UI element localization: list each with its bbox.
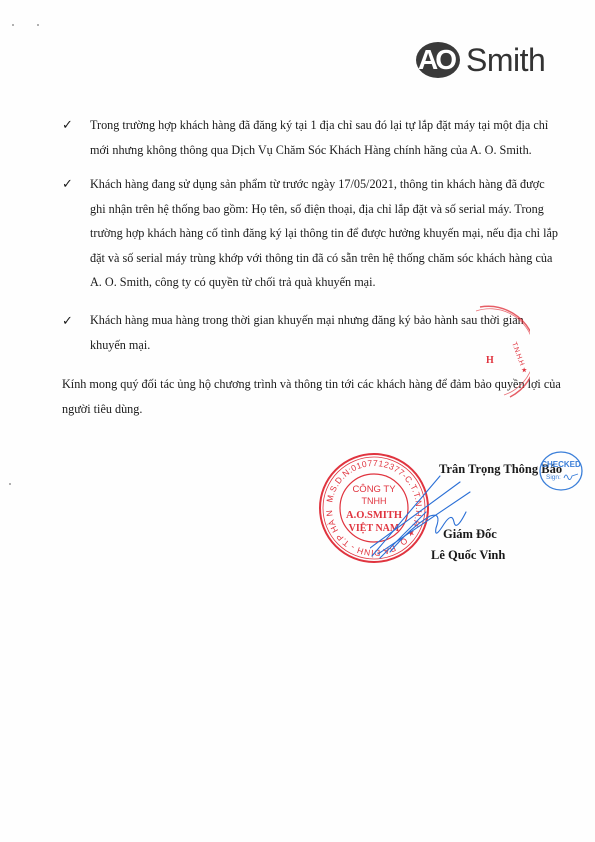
document-page: AO Smith ✓ Trong trường hợp khách hàng đ… <box>0 0 595 842</box>
bullet-paragraph: Khách hàng đang sử dụng sản phẩm từ trướ… <box>90 172 560 295</box>
bullet-paragraph: Trong trường hợp khách hàng đã đăng ký t… <box>90 113 560 162</box>
check-icon: ✓ <box>62 176 73 192</box>
svg-text:CHECKED: CHECKED <box>541 460 581 469</box>
scan-artifact <box>12 24 14 26</box>
check-icon: ✓ <box>62 313 73 329</box>
logo-text: Smith <box>466 42 545 78</box>
partial-seal-stamp: T.N.H.H ★ H <box>470 305 530 405</box>
scan-artifact <box>37 24 39 26</box>
svg-text:H: H <box>486 355 494 366</box>
checked-stamp: CHECKED Sign: <box>538 450 584 492</box>
logo-mark: AO <box>412 42 464 78</box>
svg-text:T.N.H.H ★: T.N.H.H ★ <box>510 341 529 374</box>
handwritten-signature <box>370 468 490 560</box>
check-icon: ✓ <box>62 117 73 133</box>
ao-smith-logo: AO Smith <box>412 40 545 80</box>
svg-text:Sign:: Sign: <box>546 474 561 481</box>
scan-artifact <box>9 483 11 485</box>
